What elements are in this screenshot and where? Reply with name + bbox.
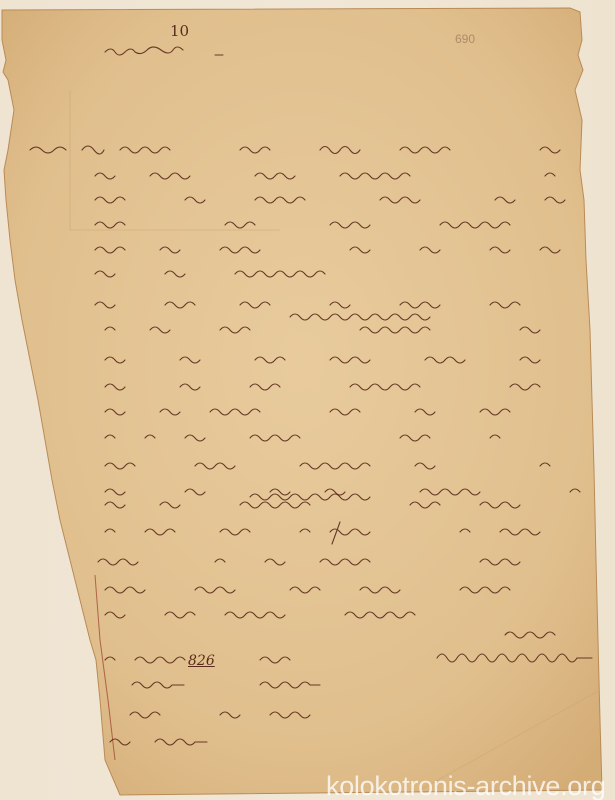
manuscript-page [0, 0, 615, 800]
watermark: kolokotronis-archive.org [326, 771, 605, 800]
page-number-mark: 10 [170, 22, 189, 40]
date-fragment: 826 [188, 653, 215, 669]
archive-number: 690 [455, 32, 475, 46]
